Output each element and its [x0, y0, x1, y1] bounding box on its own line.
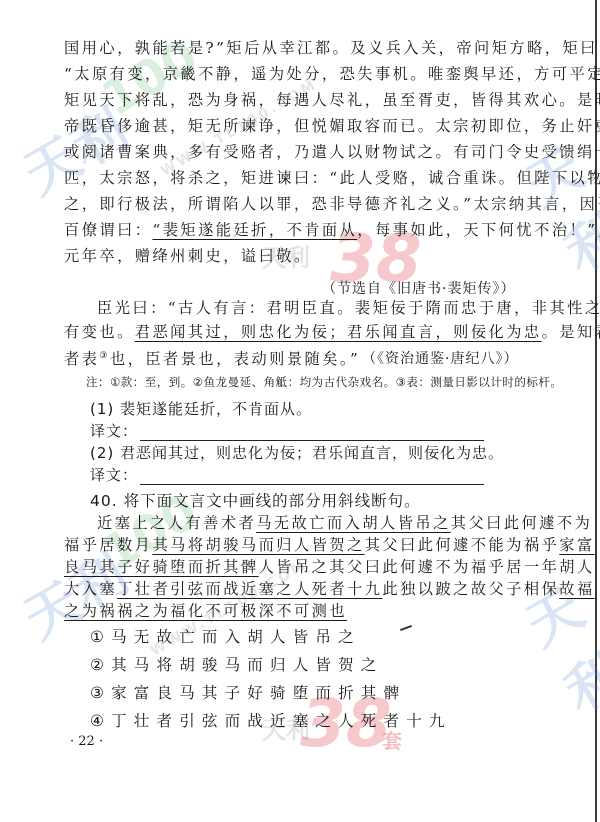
- text-line: 者表③也，臣者景也，表动则景随矣。”: [64, 346, 360, 369]
- q39-item-2-answer[interactable]: 译文：: [90, 464, 484, 485]
- text-segment: ，每事如此，天下何忧不治！”贞观: [357, 221, 600, 239]
- underlined-text: “裴矩遂能廷折，不肯面从: [152, 221, 357, 239]
- underlined-text: 良马其子好骑堕而折其髀: [64, 558, 259, 576]
- text-segment: 匹，太宗怒，将杀之，矩进谏曰：“此人受赂，诚合重诛。但陛下以物试: [64, 169, 600, 187]
- text-segment: 有变也。: [64, 323, 135, 341]
- footnotes: 注：①款：至，到。②鱼龙曼延、角觝：均为古代杂戏名。③表：测量日影以计时的标杆。: [86, 374, 562, 390]
- q40-option-3: ③家富良马其子好骑堕而折其髀: [90, 681, 406, 703]
- underlined-text: 马无故亡而入胡人皆吊之: [256, 514, 451, 532]
- underlined-text: 其马将胡骏马而归人皆贺之: [152, 536, 364, 554]
- q40-option-1: ①马无故亡而入胡人皆吊之: [90, 625, 361, 647]
- text-segment: 其父曰此何遽不能为祸乎: [365, 536, 560, 554]
- answer-blank-1[interactable]: [140, 426, 484, 441]
- text-segment: 。是知君: [542, 323, 600, 341]
- q39-item-2-prompt: (2) 君恶闻其过，则忠化为佞；君乐闻直言，则佞化为忠。: [90, 442, 504, 463]
- text-line: 臣光曰：“古人有言：君明臣直。裴矩佞于隋而忠于唐，非其性之: [97, 298, 600, 318]
- text-line: 之，即行极法，所谓陷人以罪，恐非导德齐礼之义。”太宗纳其言，因召: [64, 194, 600, 214]
- text-segment: “太原有变，京畿不静，遥为处分，恐失事机。唯銮舆早还，方可平定。”: [64, 65, 600, 83]
- underlined-text: 丁壮者引弦而战近塞之人死者十九: [117, 580, 382, 598]
- text-segment: 者表: [64, 350, 99, 368]
- text-line: 元年卒，赠绛州刺史，谥曰敬。: [64, 246, 312, 266]
- text-line: 矩见天下将乱，恐为身祸，每遇人尽礼，虽至胥吏，皆得其欢心。是时，: [64, 90, 600, 110]
- text-segment: 大入塞: [64, 580, 117, 598]
- text-segment: 元年卒，赠绛州刺史，谥曰敬。: [64, 247, 312, 265]
- text-line: “太原有变，京畿不静，遥为处分，恐失事机。唯銮舆早还，方可平定。”: [64, 64, 600, 84]
- text-segment: 其父曰此何遽不为: [451, 514, 593, 532]
- text-line: 之为祸祸之为福化不可极深不可测也: [64, 601, 347, 621]
- q40-option-4: ④丁壮者引弦而战近塞之人死者十九: [90, 709, 452, 731]
- text-line: 近塞上之人有善术者马无故亡而入胡人皆吊之其父曰此何遽不为: [97, 513, 592, 533]
- q40-title: 40. 将下面文言文中画线的部分用斜线断句。: [90, 489, 421, 511]
- text-line: 良马其子好骑堕而折其髀人皆吊之其父曰此何遽不为福乎居一年胡人: [64, 557, 595, 577]
- text-line: 百僚谓曰：“裴矩遂能廷折，不肯面从，每事如此，天下何忧不治！”贞观: [64, 220, 600, 240]
- text-segment: 臣光曰：“古人有言：君明臣直。裴矩佞于隋而忠于唐，非其性之: [97, 299, 600, 317]
- text-line: 国用心，孰能若是?”矩后从幸江都。及义兵入关，帝问矩方略，矩曰：: [64, 38, 600, 58]
- underlined-text: 故福: [559, 580, 594, 598]
- answer-label: 译文：: [90, 422, 138, 440]
- q39-item-1-prompt: (1) 裴矩遂能廷折，不肯面从。: [90, 398, 312, 419]
- answer-blank-2[interactable]: [140, 470, 484, 485]
- text-segment: 此独以跛之故父子相保: [382, 580, 559, 598]
- text-segment: 帝既昏侈逾甚，矩无所谏诤，但悦媚取容而已。太宗初即位，务止奸吏，: [64, 117, 600, 135]
- page-number: · 22 ·: [70, 734, 103, 749]
- text-segment: 矩见天下将乱，恐为身祸，每遇人尽礼，虽至胥吏，皆得其欢心。是时，: [64, 91, 600, 109]
- text-segment: 百僚谓曰：: [64, 221, 152, 239]
- text-segment: 也，臣者景也，表动则景随矣。”: [110, 350, 360, 368]
- text-line: 帝既昏侈逾甚，矩无所谏诤，但悦媚取容而已。太宗初即位，务止奸吏，: [64, 116, 600, 136]
- text-segment: 近塞上之人有善术者: [97, 514, 256, 532]
- text-line: 有变也。君恶闻其过，则忠化为佞；君乐闻直言，则佞化为忠。是知君: [64, 322, 600, 342]
- answer-label: 译文：: [90, 466, 138, 484]
- underlined-text: 之为祸祸之为福化不可极深不可测也: [64, 602, 347, 620]
- text-segment: 福乎居数月: [64, 536, 152, 554]
- text-segment: 人皆吊之其父曰此何遽不为福乎居一年胡人: [259, 558, 595, 576]
- text-line: 福乎居数月其马将胡骏马而归人皆贺之其父曰此何遽不能为祸乎家富: [64, 535, 595, 555]
- text-line: 大入塞丁壮者引弦而战近塞之人死者十九此独以跛之故父子相保故福: [64, 579, 595, 599]
- text-segment: ③: [99, 351, 110, 361]
- text-line: 匹，太宗怒，将杀之，矩进谏曰：“此人受赂，诚合重诛。但陛下以物试: [64, 168, 600, 188]
- underlined-text: 君恶闻其过，则忠化为佞；君乐闻直言，则佞化为忠: [135, 323, 542, 341]
- text-segment: 或阅诸曹案典，多有受赂者，乃遣人以财物试之。有司门令史受馈绢一: [64, 143, 600, 161]
- q39-item-1-answer[interactable]: 译文：: [90, 420, 484, 441]
- q40-option-2: ②其马将胡骏马而归人皆贺之: [90, 653, 384, 675]
- text-line: 或阅诸曹案典，多有受赂者，乃遣人以财物试之。有司门令史受馈绢一: [64, 142, 600, 162]
- stray-mark: [400, 625, 412, 631]
- underlined-text: 家富: [559, 536, 594, 554]
- source-citation-1: （节选自《旧唐书·裴矩传》）: [322, 278, 515, 298]
- exam-page: 天利 100 WWW.TL100.COM 天利 天利 100 WWW.TL100…: [0, 0, 600, 822]
- text-segment: 之，即行极法，所谓陷人以罪，恐非导德齐礼之义。”太宗纳其言，因召: [64, 195, 600, 213]
- source-citation-2: （《资治通鉴·唐纪八》）: [362, 348, 518, 368]
- text-segment: 国用心，孰能若是?”矩后从幸江都。及义兵入关，帝问矩方略，矩曰：: [64, 39, 600, 57]
